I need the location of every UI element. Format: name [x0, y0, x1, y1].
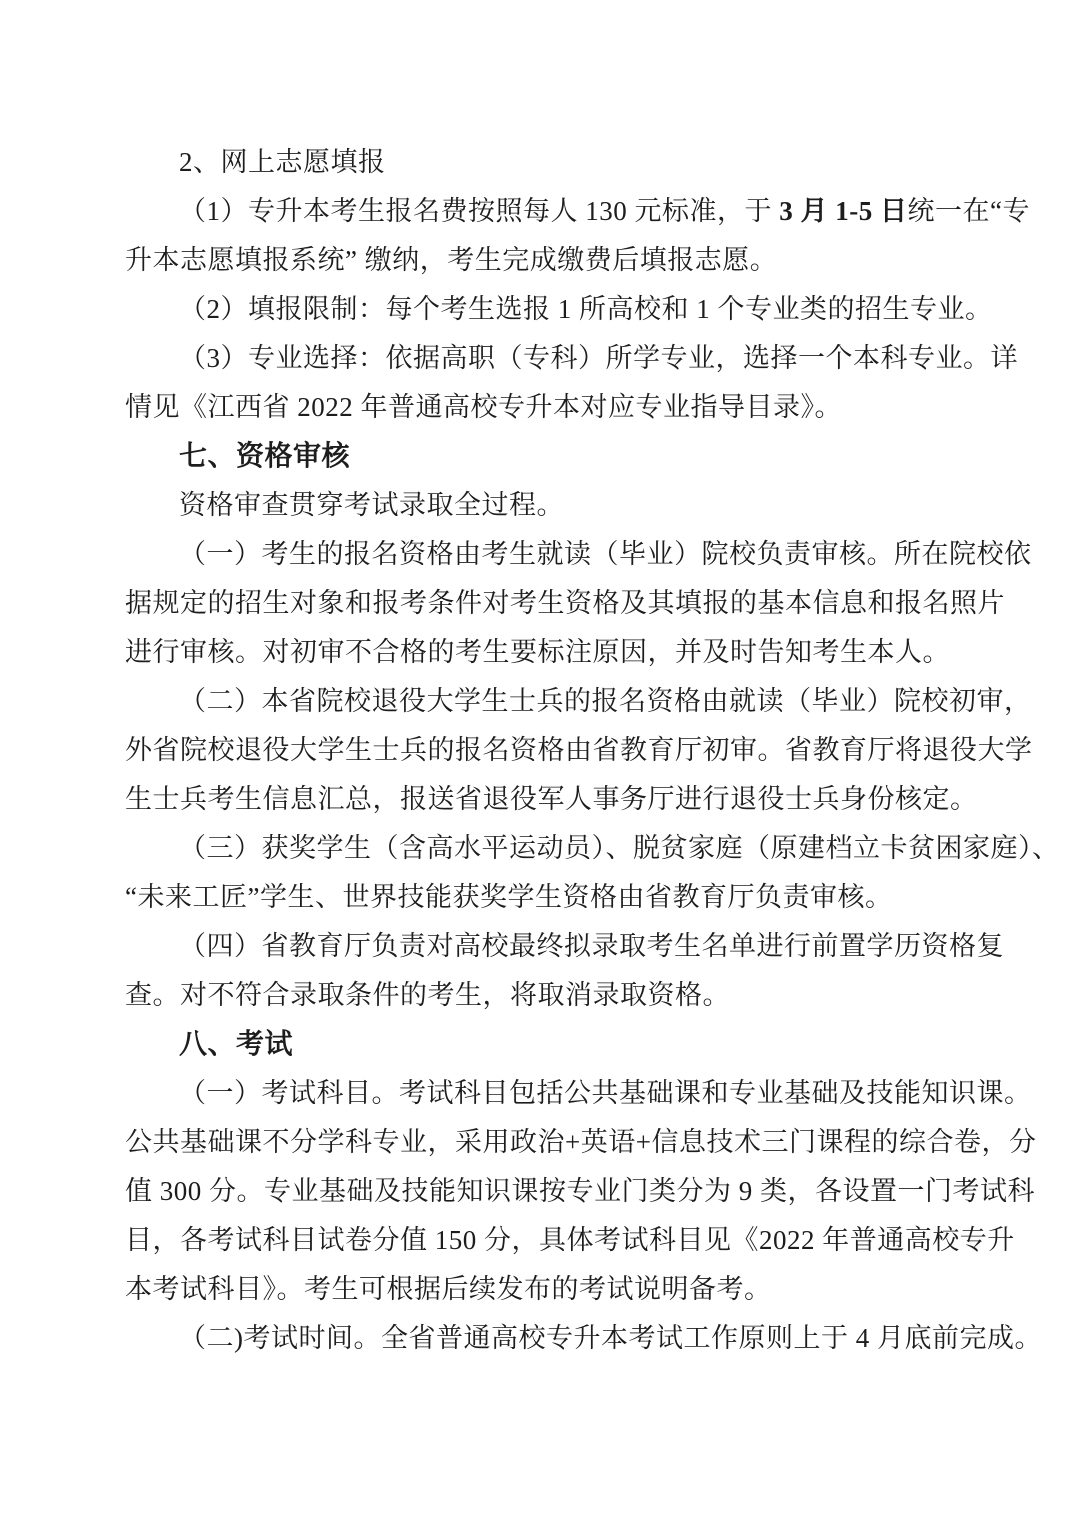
text-line: （1）专升本考生报名费按照每人 130 元标准，于 3 月 1-5 日统一在“专	[125, 187, 960, 236]
text-line: 值 300 分。专业基础及技能知识课按专业门类分为 9 类，各设置一门考试科	[125, 1167, 960, 1216]
document-text-block: 2、网上志愿填报 （1）专升本考生报名费按照每人 130 元标准，于 3 月 1…	[125, 138, 960, 1363]
section-heading-7-qualification-review: 七、资格审核	[125, 432, 960, 481]
text-line: 目，各考试科目试卷分值 150 分，具体考试科目见《2022 年普通高校专升	[125, 1216, 960, 1265]
text-line: 本考试科目》。考生可根据后续发布的考试说明备考。	[125, 1265, 960, 1314]
text-line: （二)考试时间。全省普通高校专升本考试工作原则上于 4 月底前完成。	[125, 1314, 960, 1363]
text-segment: （1）专升本考生报名费按照每人 130 元标准，于	[179, 196, 779, 226]
text-line: （2）填报限制：每个考生选报 1 所高校和 1 个专业类的招生专业。	[125, 285, 960, 334]
section-heading-8-examination: 八、考试	[125, 1020, 960, 1069]
list-item-online-application: 2、网上志愿填报	[125, 138, 960, 187]
text-line: 情见《江西省 2022 年普通高校专升本对应专业指导目录》。	[125, 383, 960, 432]
text-line: 查。对不符合录取条件的考生，将取消录取资格。	[125, 971, 960, 1020]
text-line: （二）本省院校退役大学生士兵的报名资格由就读（毕业）院校初审，	[125, 677, 960, 726]
text-line: “未来工匠”学生、世界技能获奖学生资格由省教育厅负责审核。	[125, 873, 960, 922]
text-line: （四）省教育厅负责对高校最终拟录取考生名单进行前置学历资格复	[125, 922, 960, 971]
text-line: 升本志愿填报系统” 缴纳，考生完成缴费后填报志愿。	[125, 236, 960, 285]
text-line: 外省院校退役大学生士兵的报名资格由省教育厅初审。省教育厅将退役大学	[125, 726, 960, 775]
bold-date-range: 3 月 1-5 日	[779, 196, 907, 226]
text-segment: 统一在“专	[908, 196, 1030, 226]
text-line: （三）获奖学生（含高水平运动员）、脱贫家庭（原建档立卡贫困家庭）、	[125, 824, 960, 873]
text-line: （3）专业选择：依据高职（专科）所学专业，选择一个本科专业。详	[125, 334, 960, 383]
text-line: 进行审核。对初审不合格的考生要标注原因，并及时告知考生本人。	[125, 628, 960, 677]
text-line: 资格审查贯穿考试录取全过程。	[125, 481, 960, 530]
text-line: 公共基础课不分学科专业，采用政治+英语+信息技术三门课程的综合卷，分	[125, 1118, 960, 1167]
text-line: （一）考试科目。考试科目包括公共基础课和专业基础及技能知识课。	[125, 1069, 960, 1118]
text-line: 据规定的招生对象和报考条件对考生资格及其填报的基本信息和报名照片	[125, 579, 960, 628]
text-line: （一）考生的报名资格由考生就读（毕业）院校负责审核。所在院校依	[125, 530, 960, 579]
text-line: 生士兵考生信息汇总，报送省退役军人事务厅进行退役士兵身份核定。	[125, 775, 960, 824]
document-page: 2、网上志愿填报 （1）专升本考生报名费按照每人 130 元标准，于 3 月 1…	[0, 0, 1080, 1527]
